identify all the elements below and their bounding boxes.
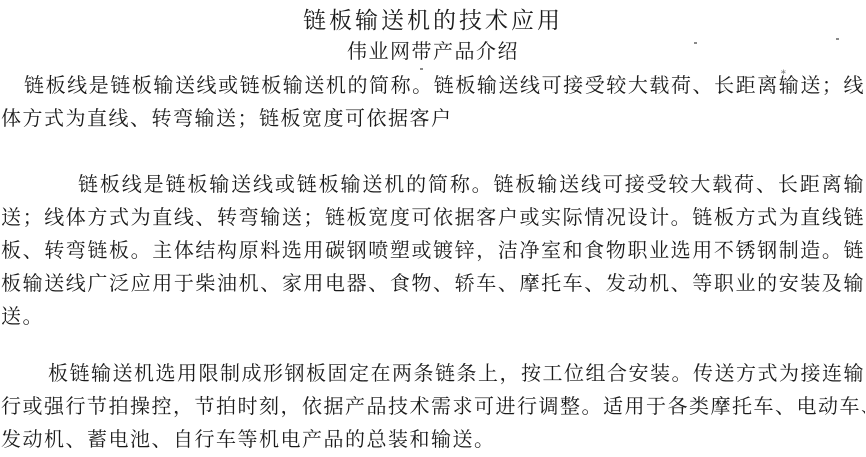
text-line: 行或强行节拍操控，节拍时刻，依据产品技术需求可进行调整。适用于各类摩托车、电动车… <box>1 391 865 424</box>
text-line: 板链输送机选用限制成形钢板固定在两条链条上，按工位组合安装。传送方式为接连输 <box>1 358 865 391</box>
document-subtitle: 伟业网带产品介绍 <box>0 39 866 66</box>
document-title: 链板输送机的技术应用 <box>0 6 866 36</box>
paragraph-intro-short: 链板线是链板输送线或链板输送机的简称。链板输送线可接受较大载荷、长距离输送；线体… <box>0 70 866 136</box>
document-page: 链板输送机的技术应用 伟业网带产品介绍 链板线是链板输送线或链板输送机的简称。链… <box>0 6 866 457</box>
paragraph-intro-full: 链板线是链板输送线或链板输送机的简称。链板输送线可接受较大载荷、长距离输送；线体… <box>0 169 866 334</box>
text-line: 送；线体方式为直线、转弯输送；链板宽度可依据客户或实际情况设计。链板方式为直线链 <box>1 202 865 235</box>
text-line: 送。 <box>1 301 865 334</box>
text-line: 体方式为直线、转弯输送；链板宽度可依据客户 <box>1 103 865 136</box>
text-line: 链板线是链板输送线或链板输送机的简称。链板输送线可接受较大载荷、长距离输 <box>1 169 865 202</box>
text-line: 板、转弯链板。主体结构原料选用碳钢喷塑或镀锌，洁净室和食物职业选用不锈钢制造。链 <box>1 235 865 268</box>
text-line: 发动机、蓄电池、自行车等机电产品的总装和输送。 <box>1 424 865 457</box>
text-line: 链板线是链板输送线或链板输送机的简称。链板输送线可接受较大载荷、长距离输送；线 <box>1 70 865 103</box>
paragraph-plate-chain-conveyor: 板链输送机选用限制成形钢板固定在两条链条上，按工位组合安装。传送方式为接连输行或… <box>0 358 866 457</box>
text-line: 板输送线广泛应用于柴油机、家用电器、食物、轿车、摩托车、发动机、等职业的安装及输 <box>1 268 865 301</box>
